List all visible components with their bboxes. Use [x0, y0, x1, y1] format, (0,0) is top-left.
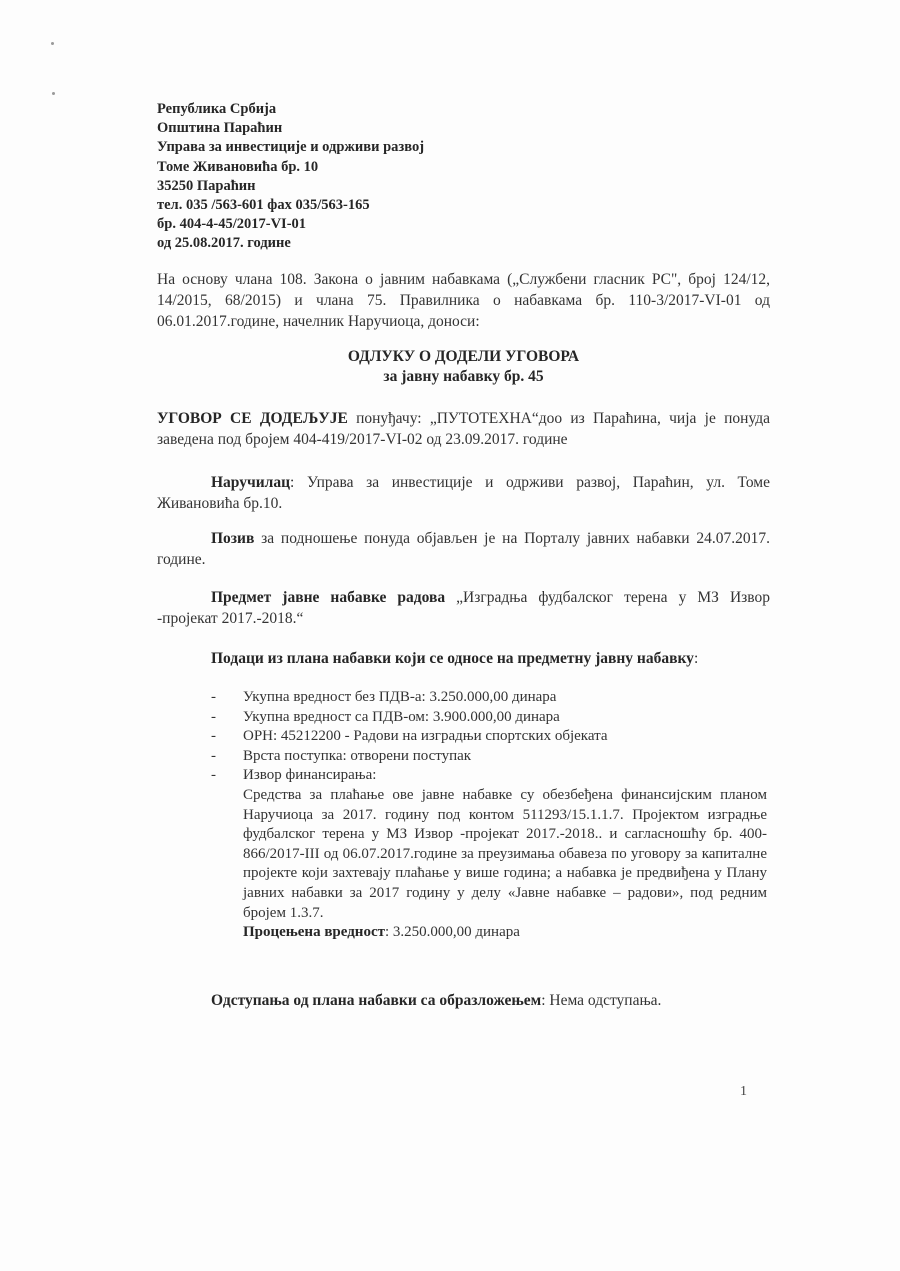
list-item: -Укупна вредност без ПДВ-а: 3.250.000,00… [211, 688, 767, 708]
subject-paragraph: Предмет јавне набавке радова „Изградња ф… [157, 587, 770, 629]
sender-header: Република Србија Општина Параћин Управа … [157, 100, 424, 254]
deviation-paragraph: Одступања од плана набавки са образложењ… [211, 990, 771, 1011]
plan-colon: : [694, 650, 698, 667]
subject-label: Предмет јавне набавке радова [211, 589, 445, 606]
invitation-paragraph: Позив за подношење понуда објављен је на… [157, 528, 770, 570]
header-line: Управа за инвестиције и одрживи развој [157, 138, 424, 157]
scan-speck [51, 42, 54, 45]
decision-title-sub: за јавну набавку бр. 45 [157, 367, 770, 387]
plan-details-list: -Укупна вредност без ПДВ-а: 3.250.000,00… [211, 688, 767, 943]
estimated-value: Процењена вредност: 3.250.000,00 динара [211, 923, 767, 943]
decision-title: ОДЛУКУ О ДОДЕЛИ УГОВОРА за јавну набавку… [157, 347, 770, 387]
header-line: Општина Параћин [157, 119, 424, 138]
client-paragraph: Наручилац: Управа за инвестиције и одржи… [157, 472, 770, 514]
document-page: Република Србија Општина Параћин Управа … [0, 0, 900, 1271]
client-label: Наручилац [211, 474, 290, 491]
header-line: Република Србија [157, 100, 424, 119]
funding-source-text: Средства за плаћање ове јавне набавке су… [211, 786, 767, 923]
page-number: 1 [740, 1084, 747, 1100]
estimated-value-label: Процењена вредност [243, 924, 385, 940]
plan-heading: Подаци из плана набавки који се односе н… [157, 648, 770, 669]
header-line: од 25.08.2017. године [157, 234, 424, 253]
header-line: бр. 404-4-45/2017-VI-01 [157, 215, 424, 234]
header-line: Томе Живановића бр. 10 [157, 158, 424, 177]
award-label: УГОВОР СЕ ДОДЕЉУЈЕ [157, 410, 348, 427]
estimated-value-text: : 3.250.000,00 динара [385, 924, 520, 940]
list-item: -Врста поступка: отворени поступак [211, 747, 767, 767]
award-paragraph: УГОВОР СЕ ДОДЕЉУЈЕ понуђачу: „ПУТОТЕХНА“… [157, 408, 770, 450]
deviation-label: Одступања од плана набавки са образложењ… [211, 992, 541, 1009]
deviation-text: : Нема одступања. [541, 992, 661, 1009]
preamble-paragraph: На основу члана 108. Закона о јавним наб… [157, 269, 770, 332]
list-item: -ОРН: 45212200 - Радови на изградњи спор… [211, 727, 767, 747]
scan-speck [52, 92, 55, 95]
plan-label: Подаци из плана набавки који се односе н… [211, 650, 694, 667]
list-item: -Укупна вредност са ПДВ-ом: 3.900.000,00… [211, 708, 767, 728]
list-item: -Извор финансирања: [211, 766, 767, 786]
header-line: 35250 Параћин [157, 177, 424, 196]
header-line: тел. 035 /563-601 фах 035/563-165 [157, 196, 424, 215]
decision-title-main: ОДЛУКУ О ДОДЕЛИ УГОВОРА [157, 347, 770, 367]
invitation-label: Позив [211, 530, 254, 547]
